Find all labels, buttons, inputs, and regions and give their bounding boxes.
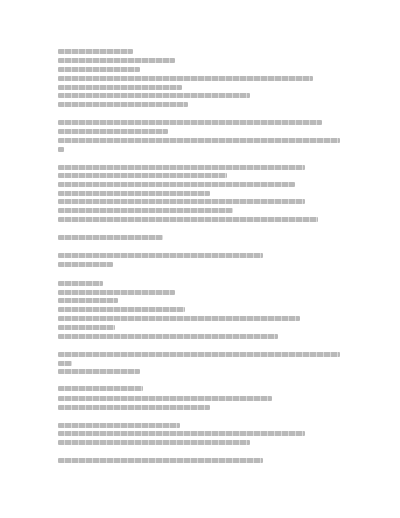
text-line-content: [omitted] xyxy=(58,325,59,326)
text-line: [omitted] xyxy=(58,352,340,357)
text-line-content: [omitted] xyxy=(58,129,59,130)
text-line-content: [omitted] xyxy=(58,298,59,299)
text-line: [omitted] xyxy=(58,361,72,366)
text-line-content: [omitted] xyxy=(58,423,59,424)
text-line-content: [omitted] xyxy=(58,173,59,174)
text-line: [omitted] xyxy=(58,334,278,339)
text-line-content: [omitted] xyxy=(58,76,59,77)
text-line: [omitted] xyxy=(58,235,163,240)
text-line-content: [omitted] xyxy=(58,49,59,50)
text-line-content: [omitted] xyxy=(58,396,59,397)
text-line: [omitted] xyxy=(58,173,227,178)
text-line-content: [omitted] xyxy=(58,440,59,441)
text-line-content: [omitted] xyxy=(58,191,59,192)
text-line-content: [omitted] xyxy=(58,352,59,353)
text-line: [omitted] xyxy=(58,423,180,428)
text-line-content: [omitted] xyxy=(58,138,59,139)
text-line: [omitted] xyxy=(58,208,233,213)
text-line-content: [omitted] xyxy=(58,235,59,236)
text-line: [omitted] xyxy=(58,165,305,170)
text-line-content: [omitted] xyxy=(58,93,59,94)
text-line: [omitted] xyxy=(58,199,305,204)
text-line: [omitted] xyxy=(58,325,115,330)
text-line-content: [omitted] xyxy=(58,316,59,317)
text-line-content: [omitted] xyxy=(58,290,59,291)
text-line: [omitted] xyxy=(58,147,64,152)
text-line: [omitted] xyxy=(58,431,305,436)
text-line: [omitted] xyxy=(58,307,185,312)
text-line-content: [omitted] xyxy=(58,67,59,68)
text-line: [omitted] xyxy=(58,129,168,134)
text-line-content: [omitted] xyxy=(58,405,59,406)
text-line-content: [omitted] xyxy=(58,120,59,121)
text-line-content: [omitted] xyxy=(58,147,59,148)
text-line-content: [omitted] xyxy=(58,182,59,183)
text-line-content: [omitted] xyxy=(58,217,59,218)
text-line-content: [omitted] xyxy=(58,58,59,59)
text-line: [omitted] xyxy=(58,405,210,410)
text-line-content: [omitted] xyxy=(58,361,59,362)
text-line: [omitted] xyxy=(58,316,300,321)
text-line: [omitted] xyxy=(58,369,140,374)
text-line-content: [omitted] xyxy=(58,199,59,200)
text-line-content: [omitted] xyxy=(58,307,59,308)
text-line: [omitted] xyxy=(58,396,272,401)
document-page: Line text omitted (sexually explicit con… xyxy=(0,0,400,518)
text-line: [omitted] xyxy=(58,253,263,258)
text-line-content: [omitted] xyxy=(58,85,59,86)
text-line: [omitted] xyxy=(58,191,210,196)
text-line: [omitted] xyxy=(58,67,140,72)
text-line-content: [omitted] xyxy=(58,208,59,209)
text-line: [omitted] xyxy=(58,49,133,54)
text-line: [omitted] xyxy=(58,290,175,295)
text-line: [omitted] xyxy=(58,217,318,222)
text-line: [omitted] xyxy=(58,76,313,81)
text-line: [omitted] xyxy=(58,262,113,267)
text-line: [omitted] xyxy=(58,58,175,63)
text-line-content: [omitted] xyxy=(58,386,59,387)
text-line: [omitted] xyxy=(58,102,188,107)
text-line: [omitted] xyxy=(58,386,143,391)
text-line: [omitted] xyxy=(58,458,263,463)
text-line-content: [omitted] xyxy=(58,281,59,282)
text-line-content: [omitted] xyxy=(58,458,59,459)
text-line-content: [omitted] xyxy=(58,253,59,254)
text-line-content: [omitted] xyxy=(58,369,59,370)
text-line-content: [omitted] xyxy=(58,431,59,432)
text-line-content: [omitted] xyxy=(58,334,59,335)
text-line: [omitted] xyxy=(58,138,340,143)
text-line: [omitted] xyxy=(58,120,322,125)
text-line: [omitted] xyxy=(58,182,295,187)
text-line: [omitted] xyxy=(58,440,250,445)
text-line: [omitted] xyxy=(58,298,118,303)
text-line-content: [omitted] xyxy=(58,102,59,103)
text-line-content: [omitted] xyxy=(58,165,59,166)
text-line: [omitted] xyxy=(58,85,182,90)
text-line: [omitted] xyxy=(58,93,250,98)
text-line: [omitted] xyxy=(58,281,103,286)
redaction-note: Line text omitted (sexually explicit con… xyxy=(0,0,1,1)
text-line-content: [omitted] xyxy=(58,262,59,263)
